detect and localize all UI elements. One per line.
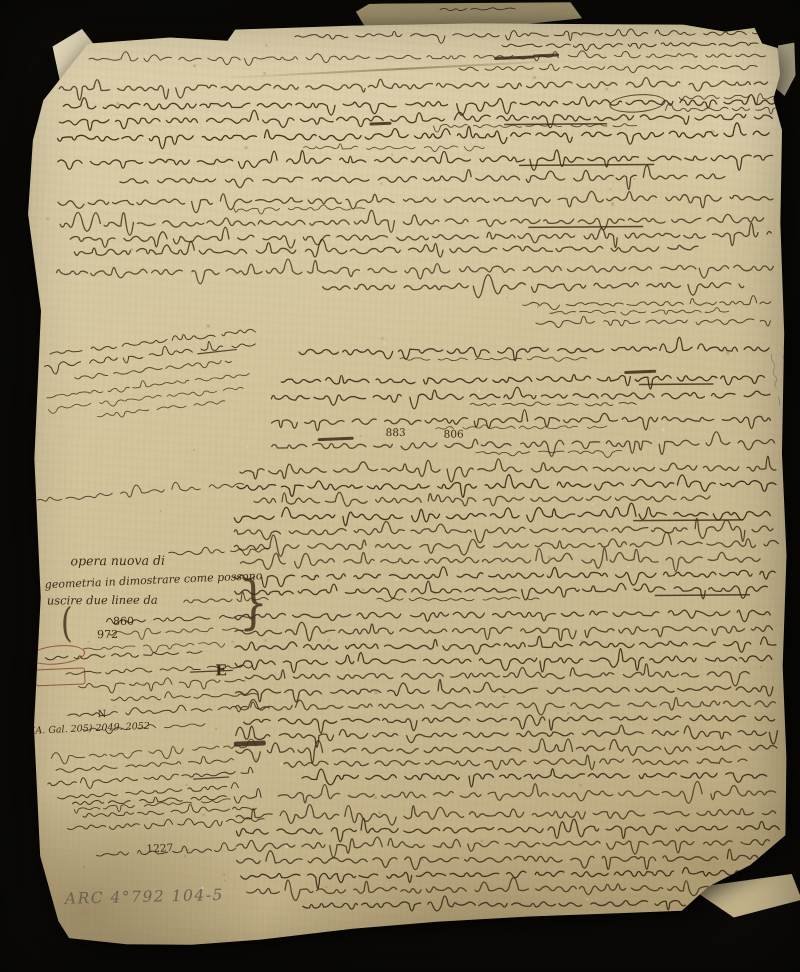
handwriting-line — [476, 447, 626, 456]
margin-annotation-cluster — [785, 335, 794, 405]
handwriting-line — [470, 399, 635, 408]
paper-wrapper: 1 opera nuova di geometria in dimostrare… — [0, 0, 800, 972]
handwriting-line — [323, 277, 743, 295]
handwriting-line — [502, 39, 757, 51]
archive-mark: ARC 4°792 104-5 — [65, 888, 224, 907]
handwriting-line — [58, 189, 770, 209]
handwriting-line — [304, 142, 484, 151]
margin-annotation-cluster — [30, 325, 254, 351]
ink-marks-layer — [17, 19, 783, 24]
inline-number-883: 883 — [386, 428, 406, 439]
handwriting-line — [74, 240, 694, 259]
handwriting-line — [59, 75, 769, 95]
handwriting-line — [254, 490, 706, 508]
handwriting-line — [377, 594, 537, 603]
handwriting-line — [278, 784, 774, 802]
italian-note-line-1: opera nuova di — [70, 555, 165, 568]
handwriting-line — [96, 844, 236, 860]
inline-number-806: 806 — [444, 430, 464, 441]
handwriting-line — [58, 149, 770, 169]
page-number: 1 — [50, 38, 60, 53]
italian-note-line-2: geometria in dimostrare come possono — [45, 570, 263, 590]
paren-glyph: ( — [61, 604, 73, 645]
margin-annotation-cluster — [36, 740, 251, 754]
handwriting-line — [400, 354, 585, 363]
handwriting-layer — [17, 19, 783, 24]
handwriting-line — [679, 91, 775, 102]
handwriting-line — [750, 879, 795, 893]
handwriting-line — [302, 766, 772, 784]
manuscript-page: 1 opera nuova di geometria in dimostrare… — [17, 19, 789, 948]
handwriting-line — [550, 307, 725, 316]
handwriting-line — [120, 169, 720, 188]
paper-specks — [17, 25, 18, 26]
handwriting-line — [536, 315, 771, 327]
margin-annotation-cluster — [32, 478, 251, 496]
handwriting-line — [303, 894, 763, 912]
handwriting-line — [234, 204, 364, 213]
margin-annotation-cluster — [39, 542, 264, 552]
handwriting-line — [281, 369, 771, 387]
handwriting-line — [68, 702, 264, 720]
handwriting-line — [459, 62, 759, 74]
manuscript-scan: 1 opera nuova di geometria in dimostrare… — [0, 0, 800, 972]
handwriting-line — [665, 103, 777, 114]
handwriting-line — [37, 478, 252, 504]
margin-annotation-cluster — [747, 878, 795, 885]
